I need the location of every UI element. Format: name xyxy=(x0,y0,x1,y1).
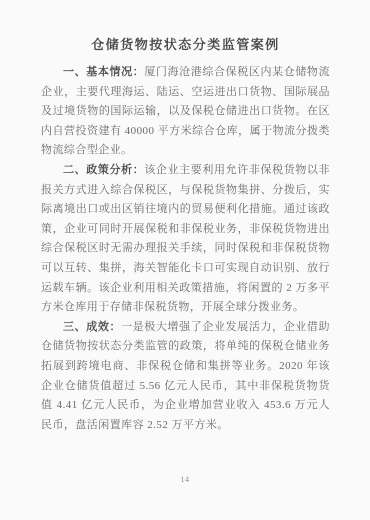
section-body-results: 一是极大增强了企业发展活力，企业借助仓储货物按状态分类监管的政策，将单纯的保税仓… xyxy=(41,321,330,431)
section-heading-results: 三、成效： xyxy=(63,321,121,333)
section-body-policy-analysis: 该企业主要利用允许非保税货物以非报关方式进入综合保税区，与保税货物集拼、分拨后，… xyxy=(41,164,330,313)
document-page: 仓储货物按状态分类监管案例 一、基本情况：厦门海沧港综合保税区内某仓储物流企业，… xyxy=(0,0,370,520)
section-body-basic-info: 厦门海沧港综合保税区内某仓储物流企业，主要代理海运、陆运、空运进出口货物、国际展… xyxy=(41,66,330,156)
section-heading-basic-info: 一、基本情况： xyxy=(63,66,144,78)
section-results: 三、成效：一是极大增强了企业发展活力，企业借助仓储货物按状态分类监管的政策，将单… xyxy=(41,318,330,436)
section-heading-policy-analysis: 二、政策分析： xyxy=(63,164,144,176)
section-policy-analysis: 二、政策分析：该企业主要利用允许非保税货物以非报关方式进入综合保税区，与保税货物… xyxy=(41,161,330,318)
page-number: 14 xyxy=(0,475,370,484)
document-title: 仓储货物按状态分类监管案例 xyxy=(41,36,330,54)
section-basic-info: 一、基本情况：厦门海沧港综合保税区内某仓储物流企业，主要代理海运、陆运、空运进出… xyxy=(41,63,330,161)
